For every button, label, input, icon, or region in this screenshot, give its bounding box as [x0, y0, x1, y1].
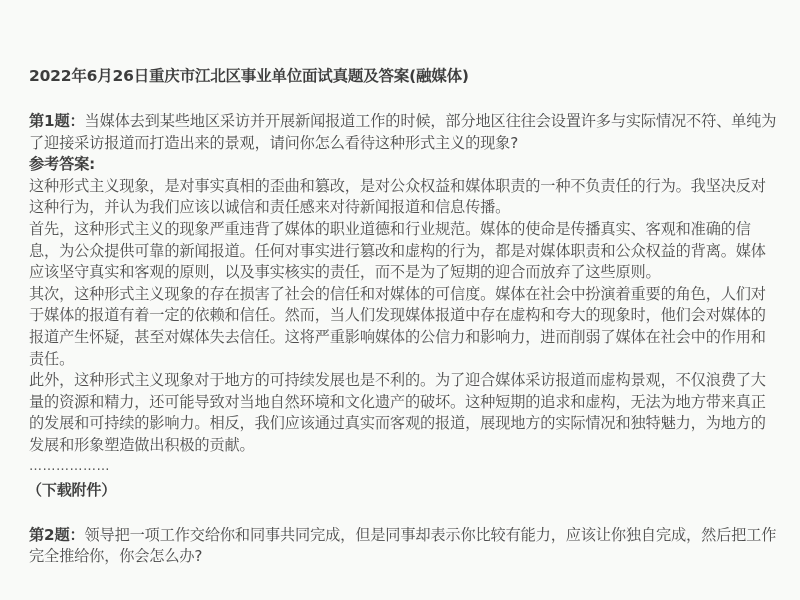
- download-attachment-link[interactable]: （下载附件）: [27, 479, 780, 501]
- document-page: 2022年6月26日重庆市江北区事业单位面试真题及答案(融媒体) 第1题：当媒体…: [0, 0, 800, 600]
- page-title: 2022年6月26日重庆市江北区事业单位面试真题及答案(融媒体): [29, 65, 780, 87]
- question-2-prompt: 第2题：领导把一项工作交给你和同事共同完成，但是同事却表示你比较有能力，应该让你…: [29, 525, 780, 568]
- question-1-label: 第1题：: [29, 112, 85, 130]
- ellipsis-separator: ………………: [29, 459, 780, 475]
- answer-paragraph-4: 此外，这种形式主义现象对于地方的可持续发展也是不利的。为了迎合媒体采访报道而虚构…: [29, 370, 780, 456]
- question-2: 第2题：领导把一项工作交给你和同事共同完成，但是同事却表示你比较有能力，应该让你…: [29, 525, 780, 568]
- question-1-prompt: 第1题：当媒体去到某些地区采访并开展新闻报道工作的时候，部分地区往往会设置许多与…: [29, 111, 780, 154]
- question-1: 第1题：当媒体去到某些地区采访并开展新闻报道工作的时候，部分地区往往会设置许多与…: [29, 111, 780, 501]
- question-2-label: 第2题：: [29, 526, 85, 544]
- answer-paragraph-1: 这种形式主义现象，是对事实真相的歪曲和篡改，是对公众权益和媒体职责的一种不负责任…: [29, 176, 780, 219]
- question-1-text: 当媒体去到某些地区采访并开展新闻报道工作的时候，部分地区往往会设置许多与实际情况…: [29, 112, 776, 152]
- answer-paragraph-3: 其次，这种形式主义现象的存在损害了社会的信任和对媒体的可信度。媒体在社会中扮演着…: [29, 284, 780, 370]
- answer-paragraph-2: 首先，这种形式主义的现象严重违背了媒体的职业道德和行业规范。媒体的使命是传播真实…: [29, 219, 780, 284]
- question-2-text: 领导把一项工作交给你和同事共同完成，但是同事却表示你比较有能力，应该让你独自完成…: [29, 526, 776, 566]
- answer-label: 参考答案:: [29, 154, 780, 176]
